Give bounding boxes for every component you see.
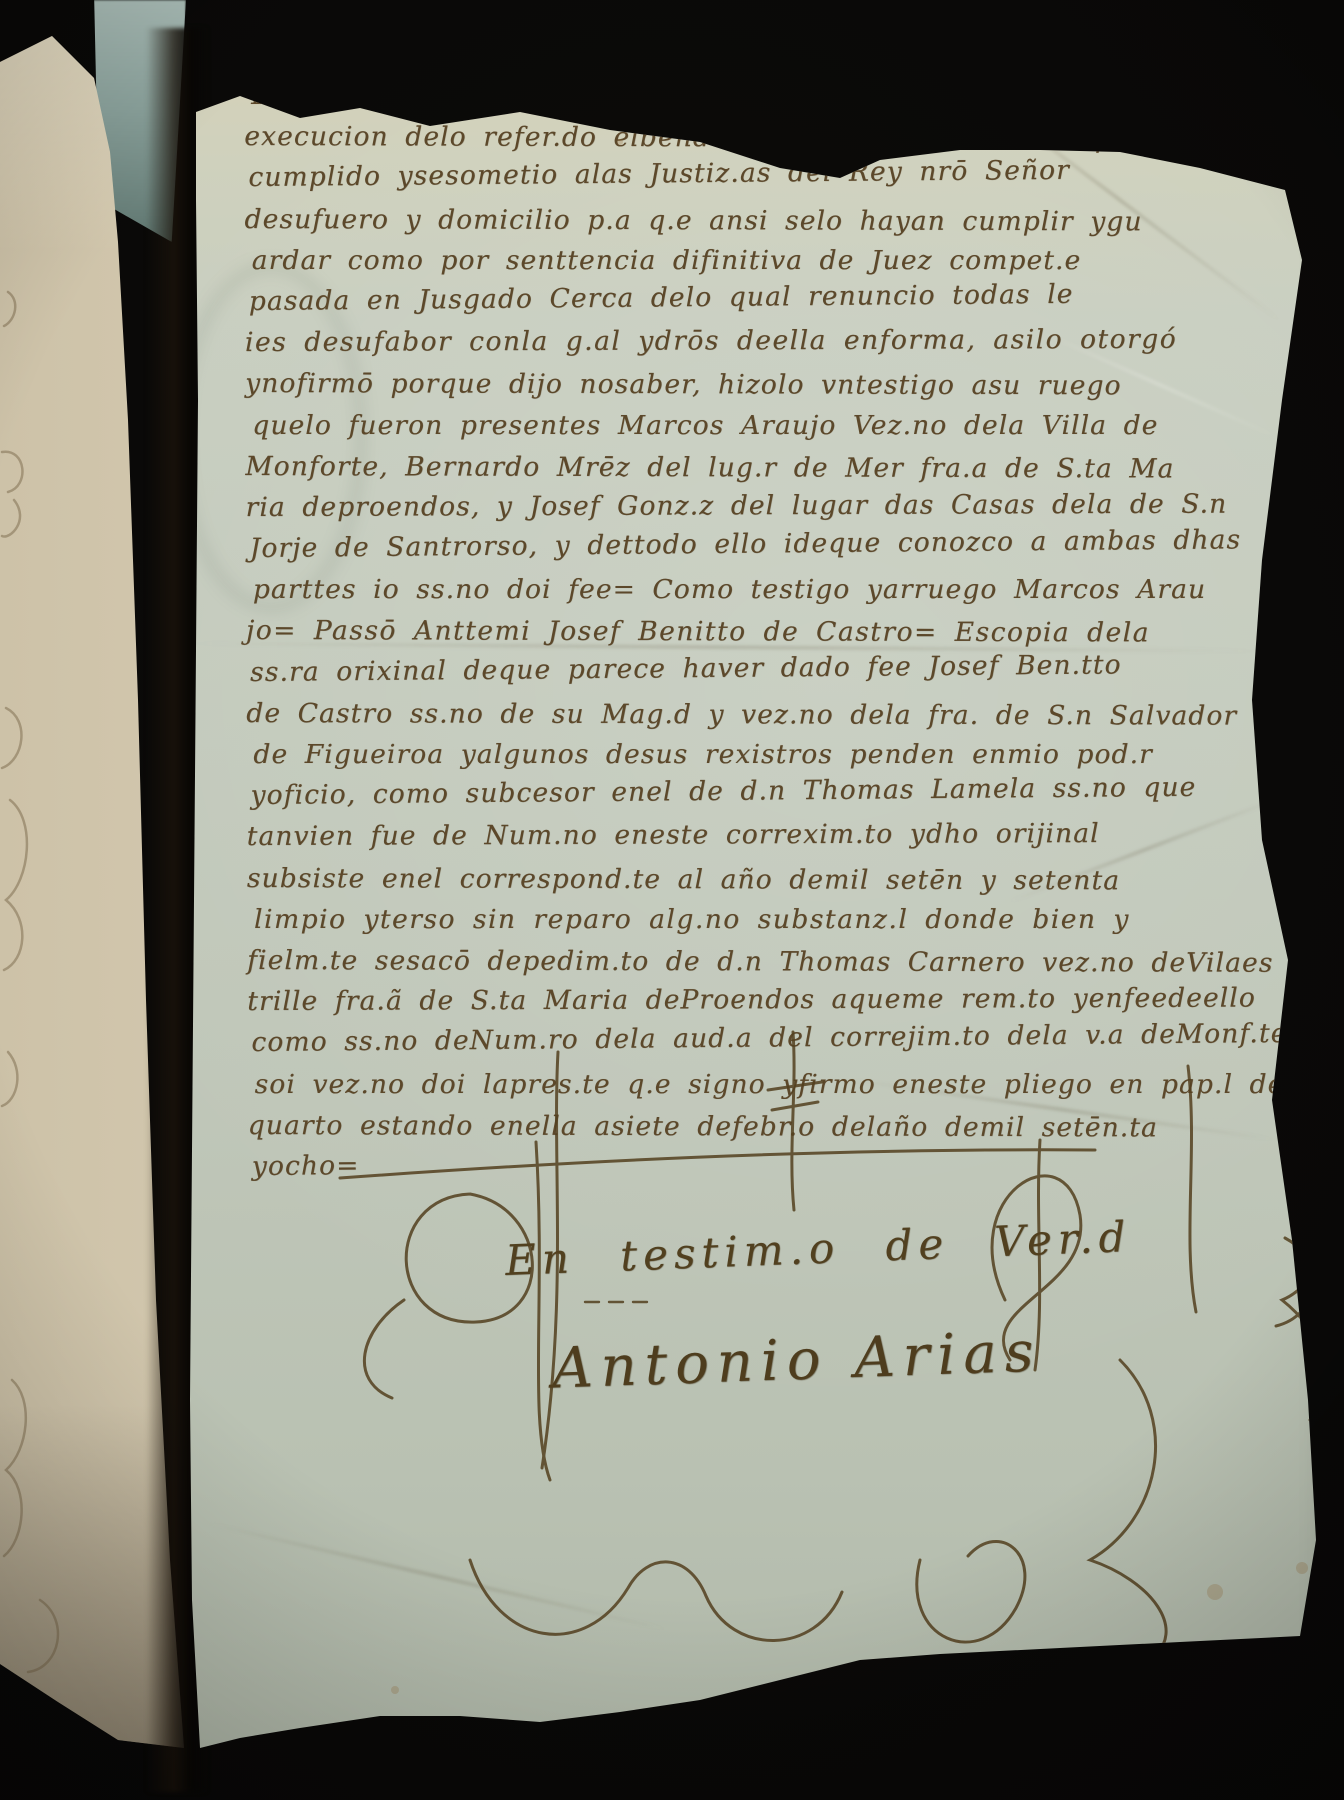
manuscript-line: soi vez.no doi lapres.te q.e signo yfirm… xyxy=(255,1068,1344,1109)
foxing-spot xyxy=(1207,1584,1223,1600)
manuscript-line: limpio yterso sin reparo alg.no substanz… xyxy=(254,904,1344,945)
paper-crease xyxy=(208,1522,667,1631)
manuscript-line: quelo fueron presentes Marcos Araujo Vez… xyxy=(252,409,1344,450)
attestation-text: En testim.o de Ver.d xyxy=(504,1212,1132,1285)
manuscript-line: pasada en Jusgado Cerca delo qual renunc… xyxy=(249,276,1344,327)
manuscript-line: ies desufabor conla g.al ydrōs deella en… xyxy=(245,323,1344,368)
rubric-right xyxy=(1282,1160,1327,1420)
photo-canvas: Escriptura asu favor hecha deque protest… xyxy=(0,0,1344,1800)
manuscript-line: Jorje de Santrorso, y dettodo ello idequ… xyxy=(250,523,1344,574)
manuscript-line: Escriptura asu favor hecha deque protest… xyxy=(251,80,1344,121)
signature-text: Antonio Arias xyxy=(551,1319,1042,1401)
foxing-spot xyxy=(1296,1562,1308,1574)
manuscript-line: ynofirmō porque dijo nosaber, hizolo vnt… xyxy=(245,368,1344,412)
manuscript-line: Monforte, Bernardo Mrēz del lug.r de Mer… xyxy=(245,451,1344,495)
foxing-spot xyxy=(391,1686,399,1694)
manuscript-line: subsiste enel correspond.te al año demil… xyxy=(247,863,1344,907)
attestation-tail xyxy=(1276,1238,1314,1326)
manuscript-line: fielm.te sesacō depedim.to de d.n Thomas… xyxy=(247,945,1344,989)
manuscript-page: Escriptura asu favor hecha deque protest… xyxy=(0,0,1344,1800)
signature-rubric xyxy=(1090,1360,1166,1660)
manuscript-line: execucion delo refer.do elbendedor dio y… xyxy=(244,121,1344,165)
manuscript-line: yoficio, como subcesor enel de d.n Thoma… xyxy=(250,770,1344,821)
manuscript-text-block: Escriptura asu favor hecha deque protest… xyxy=(244,76,1344,1192)
signature-loops xyxy=(917,1541,1025,1642)
manuscript-line: de Castro ss.no de su Mag.d y vez.no del… xyxy=(246,698,1344,742)
capital-flourish xyxy=(364,1300,404,1398)
foxing-spot xyxy=(1229,112,1241,124)
manuscript-line: cumplido ysesometio alas Justiz.as del R… xyxy=(248,152,1344,203)
manuscript-line: parttes io ss.no doi fee= Como testigo y… xyxy=(253,574,1344,615)
manuscript-line: yocho= xyxy=(252,1141,1344,1192)
manuscript-line: desufuero y domicilio p.a q.e ansi selo … xyxy=(245,204,1344,248)
manuscript-line: tanvien fue de Num.no eneste correxim.to… xyxy=(247,817,1344,862)
capital-flourish xyxy=(406,1142,550,1480)
manuscript-line: como ss.no deNum.ro dela aud.a del corre… xyxy=(251,1017,1344,1068)
